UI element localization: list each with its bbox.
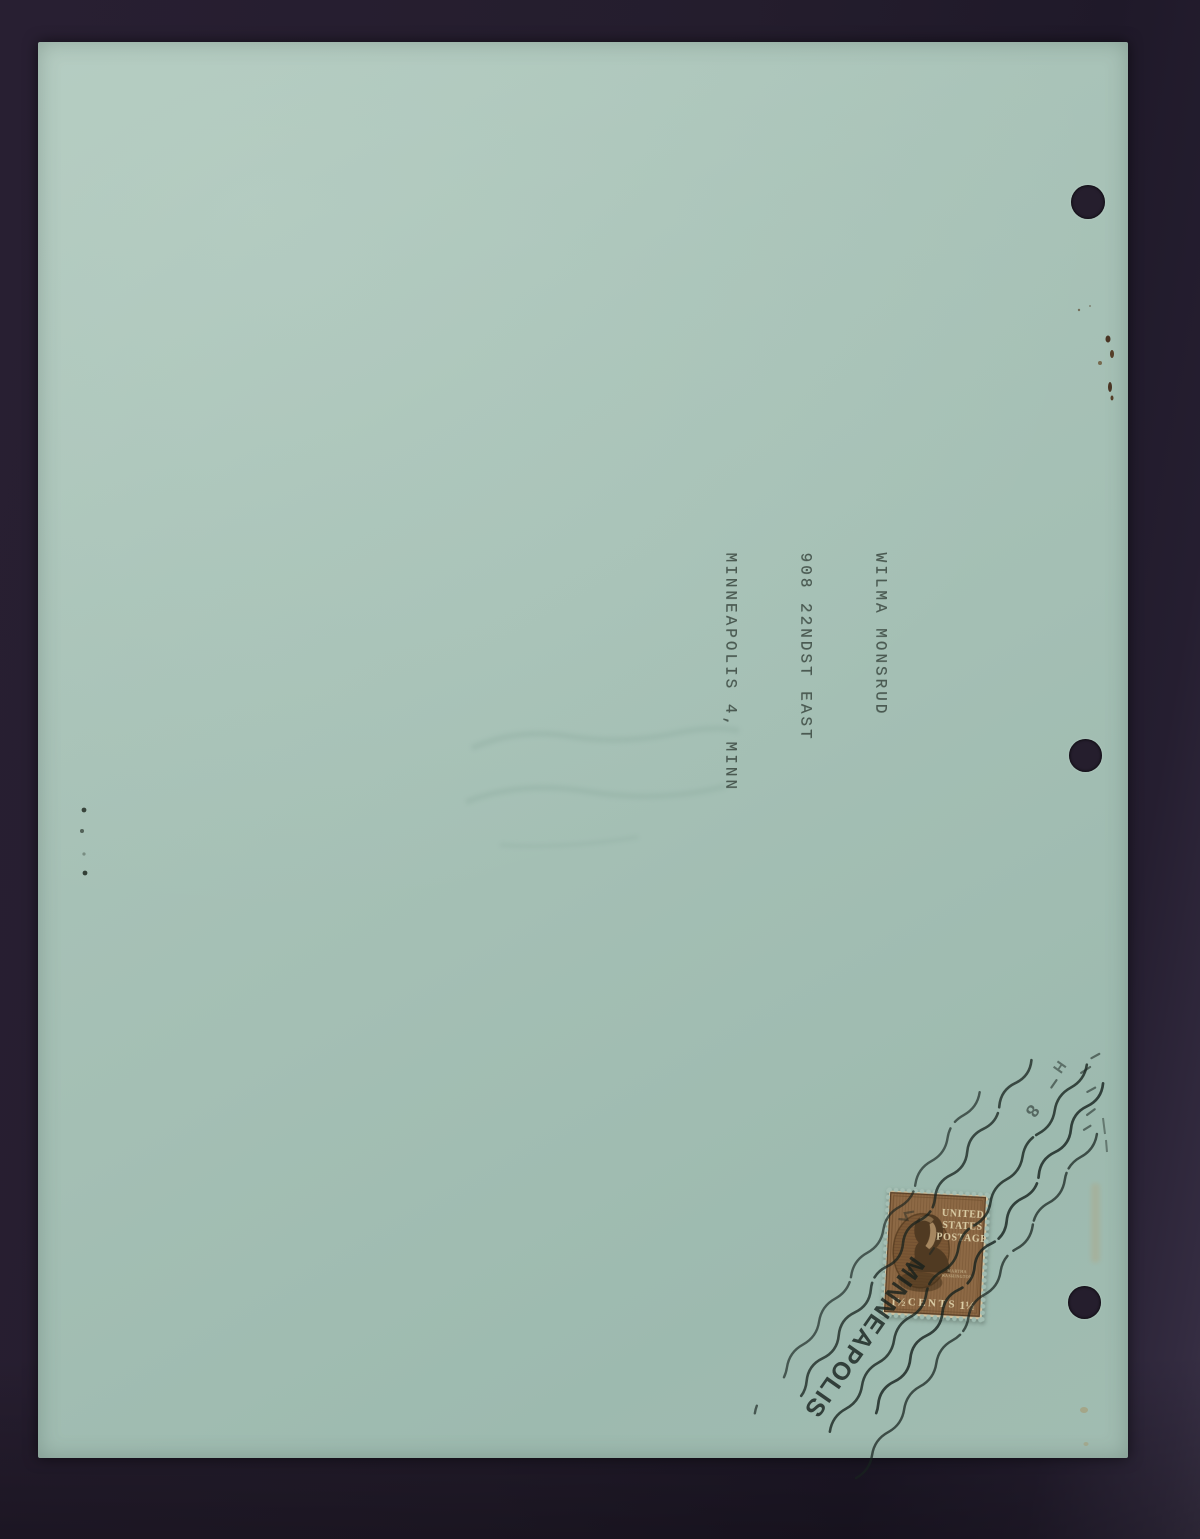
- address-line-street: 908 22NDST EAST: [793, 553, 818, 803]
- typed-address-block: WILMA MONSRUD 908 22NDST EAST MINNEAPOLI…: [668, 553, 943, 803]
- stamp-art: UNITED STATES POSTAGE MARTHA WASHINGTON …: [884, 1192, 986, 1318]
- stamp-country-line-2: STATES: [942, 1220, 983, 1233]
- stamp-denomination-left: 1½: [890, 1294, 906, 1309]
- cover-paper: WILMA MONSRUD 908 22NDST EAST MINNEAPOLI…: [38, 42, 1128, 1458]
- stamp-country-line-1: UNITED: [942, 1208, 985, 1221]
- address-line-name: WILMA MONSRUD: [868, 553, 893, 803]
- address-line-city: MINNEAPOLIS 4, MINN: [718, 553, 743, 803]
- stamp-denomination-right: 1½: [959, 1298, 975, 1313]
- stamp-denomination-word: CENTS: [908, 1296, 958, 1311]
- left-edge-specks: [80, 808, 87, 876]
- postage-stamp: UNITED STATES POSTAGE MARTHA WASHINGTON …: [881, 1188, 990, 1320]
- right-edge-specks: [1078, 305, 1114, 401]
- punch-hole-middle: [1069, 739, 1102, 772]
- punch-hole-bottom: [1068, 1286, 1101, 1319]
- scan-background: WILMA MONSRUD 908 22NDST EAST MINNEAPOLI…: [0, 0, 1200, 1539]
- punch-hole-top: [1071, 185, 1105, 219]
- stain-marks: [1080, 1118, 1107, 1446]
